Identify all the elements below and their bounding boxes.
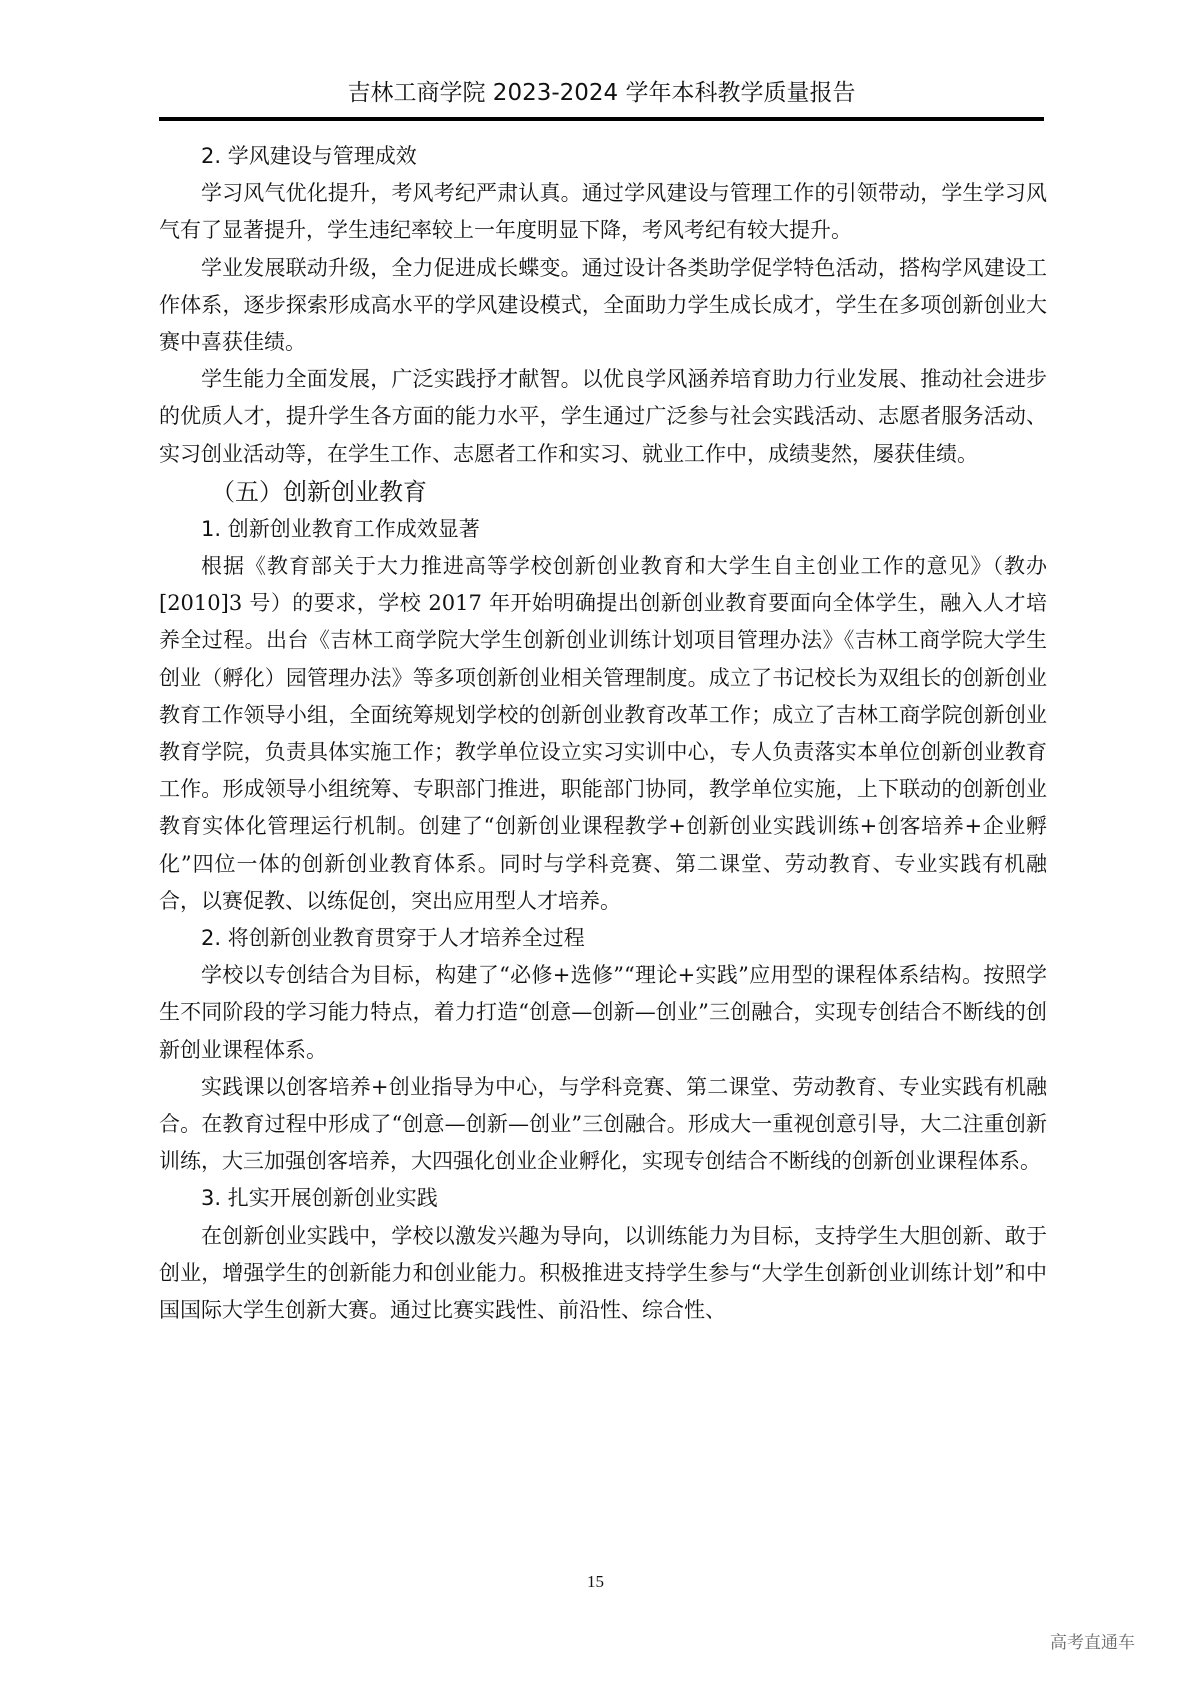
paragraph: 学习风气优化提升，考风考纪严肃认真。通过学风建设与管理工作的引领带动，学生学习风… <box>159 175 1047 249</box>
header-rule <box>159 117 1044 121</box>
page-number: 15 <box>0 1572 1191 1592</box>
page-header-title: 吉林工商学院 2023-2024 学年本科教学质量报告 <box>159 78 1044 108</box>
paragraph: 学生能力全面发展，广泛实践抒才献智。以优良学风涵养培育助力行业发展、推动社会进步… <box>159 361 1047 473</box>
heading-innovation-practice: 3. 扎实开展创新创业实践 <box>159 1180 1047 1217</box>
section-heading-innovation: （五）创新创业教育 <box>159 473 1047 511</box>
heading-innovation-results: 1. 创新创业教育工作成效显著 <box>159 511 1047 548</box>
paragraph: 实践课以创客培养+创业指导为中心，与学科竞赛、第二课堂、劳动教育、专业实践有机融… <box>159 1069 1047 1181</box>
paragraph: 在创新创业实践中，学校以激发兴趣为导向，以训练能力为目标，支持学生大胆创新、敢于… <box>159 1218 1047 1330</box>
watermark: 高考直通车 <box>1050 1628 1135 1653</box>
heading-study-style: 2. 学风建设与管理成效 <box>159 138 1047 175</box>
document-body: 2. 学风建设与管理成效 学习风气优化提升，考风考纪严肃认真。通过学风建设与管理… <box>159 138 1047 1329</box>
heading-innovation-throughout: 2. 将创新创业教育贯穿于人才培养全过程 <box>159 920 1047 957</box>
paragraph: 学业发展联动升级，全力促进成长蝶变。通过设计各类助学促学特色活动，搭构学风建设工… <box>159 250 1047 362</box>
paragraph: 根据《教育部关于大力推进高等学校创新创业教育和大学生自主创业工作的意见》（教办[… <box>159 548 1047 920</box>
paragraph: 学校以专创结合为目标，构建了“必修+选修”“理论+实践”应用型的课程体系结构。按… <box>159 957 1047 1069</box>
